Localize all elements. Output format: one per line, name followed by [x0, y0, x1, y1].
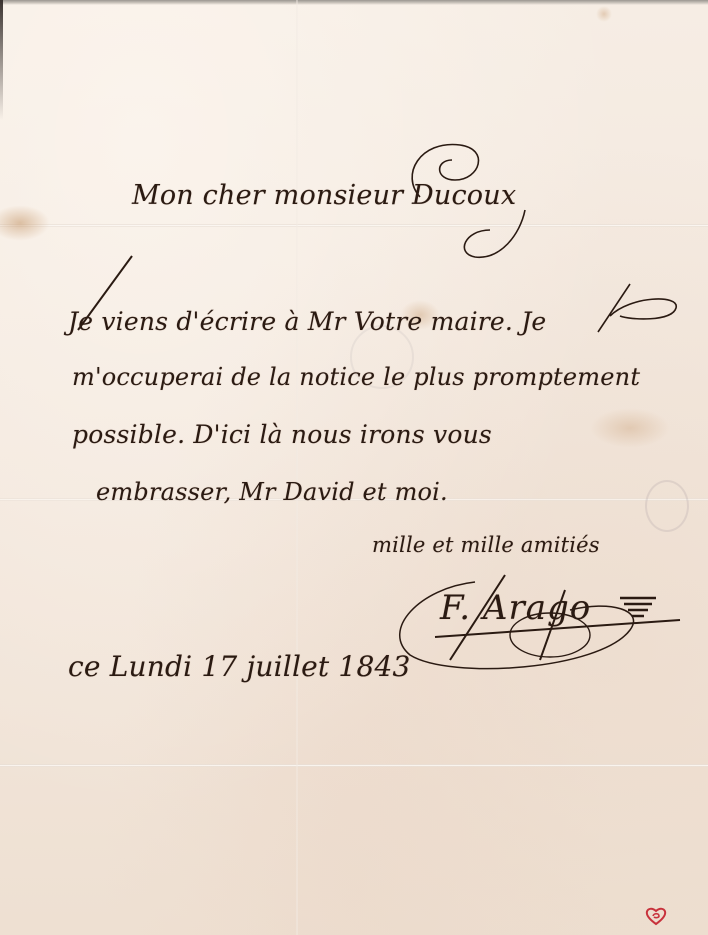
heart-stamp-icon — [645, 906, 667, 926]
paper-top-edge — [0, 0, 708, 5]
body-line: Je viens d'écrire à Mr Votre maire. Je — [68, 307, 546, 336]
salutation: Mon cher monsieur Ducoux — [132, 180, 516, 211]
foxing-stain — [590, 408, 670, 448]
date-line: ce Lundi 17 juillet 1843 — [68, 650, 410, 683]
foxing-stain — [0, 205, 50, 241]
capital-j-loop — [590, 276, 690, 336]
body-line: embrasser, Mr David et moi. — [96, 478, 448, 506]
body-line: m'occuperai de la notice le plus prompte… — [72, 363, 640, 391]
fold-crease-vertical — [296, 0, 298, 935]
fold-crease — [0, 764, 708, 767]
paper-left-edge — [0, 0, 3, 120]
closing-phrase: mille et mille amitiés — [372, 533, 600, 557]
signature: F. Arago — [440, 588, 591, 628]
letter-sheet: Mon cher monsieur Ducoux Je viens d'écri… — [0, 0, 708, 935]
fold-crease — [0, 224, 708, 227]
bleed-through-mark — [645, 480, 689, 532]
foxing-spot — [596, 6, 612, 22]
body-line: possible. D'ici là nous irons vous — [72, 420, 492, 449]
